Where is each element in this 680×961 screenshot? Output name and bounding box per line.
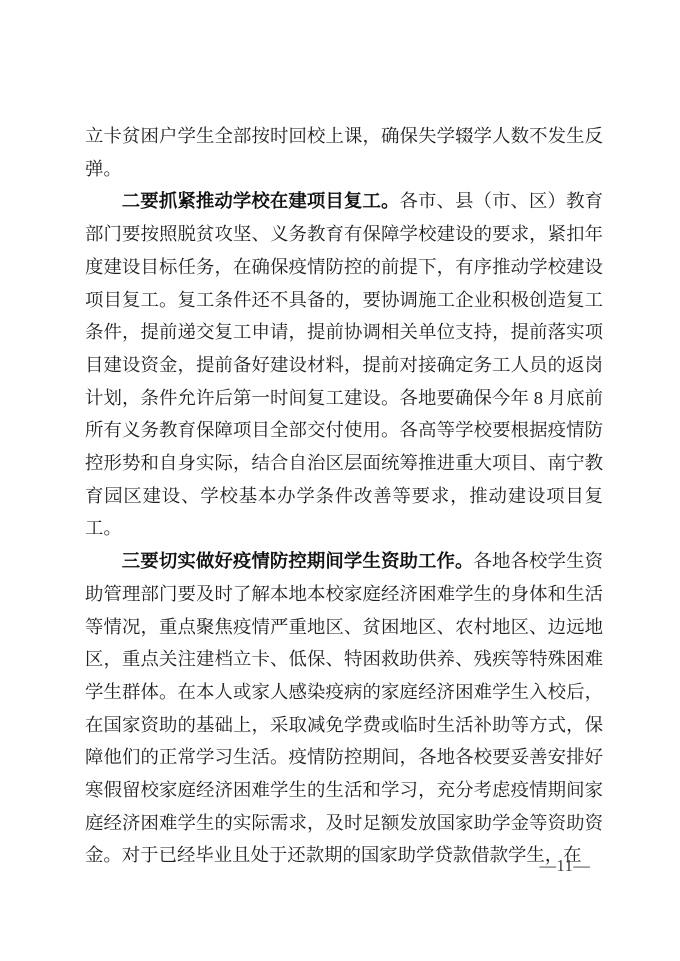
- document-page: 立卡贫困户学生全部按时回校上课，确保失学辍学人数不发生反弹。 二要抓紧推动学校在…: [0, 0, 680, 961]
- paragraph-text: 立卡贫困户学生全部按时回校上课，确保失学辍学人数不发生反弹。: [85, 126, 603, 179]
- paragraph-text: 各地各校学生资助管理部门要及时了解本地本校家庭经济困难学生的身体和生活等情况，重…: [85, 551, 603, 865]
- paragraph-text: 各市、县（市、区）教育部门要按照脱贫攻坚、义务教育有保障学校建设的要求，紧扣年度…: [85, 191, 603, 538]
- section-three-heading: 三要切实做好疫情防控期间学生资助工作。: [122, 550, 474, 571]
- section-two-heading: 二要抓紧推动学校在建项目复工。: [122, 190, 400, 211]
- paragraph-section-three: 三要切实做好疫情防控期间学生资助工作。各地各校学生资助管理部门要及时了解本地本校…: [85, 545, 603, 872]
- paragraph-continuation: 立卡贫困户学生全部按时回校上课，确保失学辍学人数不发生反弹。: [85, 120, 603, 185]
- document-body: 立卡贫困户学生全部按时回校上课，确保失学辍学人数不发生反弹。 二要抓紧推动学校在…: [85, 120, 603, 872]
- page-number: —11—: [530, 856, 600, 876]
- paragraph-section-two: 二要抓紧推动学校在建项目复工。各市、县（市、区）教育部门要按照脱贫攻坚、义务教育…: [85, 185, 603, 545]
